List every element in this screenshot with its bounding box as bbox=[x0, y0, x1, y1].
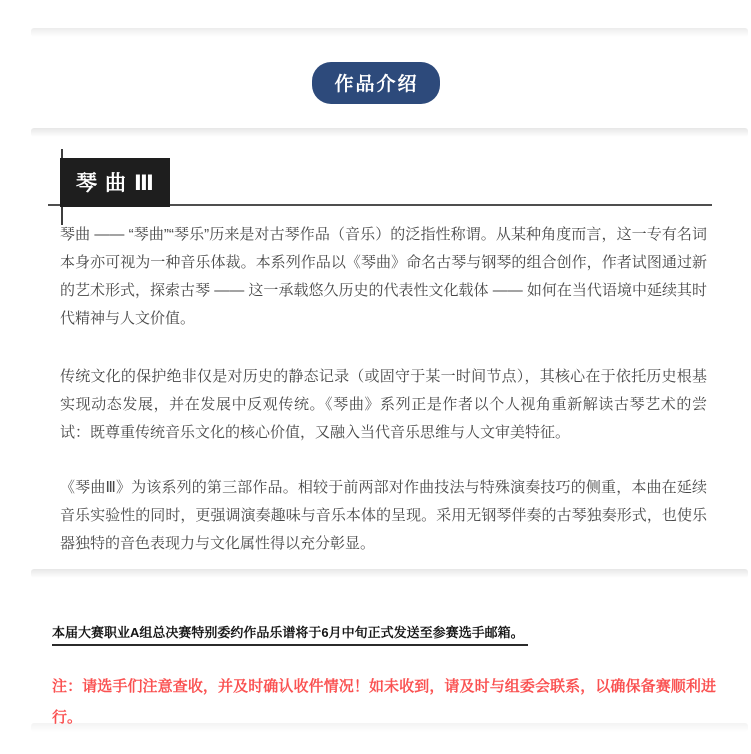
work-title: 琴曲Ⅲ bbox=[60, 158, 170, 207]
intro-paragraph-2: 传统文化的保护绝非仅是对历史的静态记录（或固守于某一时间节点），其核心在于依托历… bbox=[60, 363, 707, 447]
section-divider-content-bottom bbox=[31, 569, 748, 578]
section-divider-top bbox=[31, 28, 748, 37]
intro-paragraph-3: 《琴曲Ⅲ》为该系列的第三部作品。相较于前两部对作曲技法与特殊演奏技巧的侧重，本曲… bbox=[60, 474, 707, 558]
score-delivery-notice: 本届大赛职业A组总决赛特别委约作品乐谱将于6月中旬正式发送至参赛选手邮箱。 bbox=[52, 622, 528, 641]
section-divider-header bbox=[31, 128, 748, 137]
section-divider-bottom bbox=[31, 723, 748, 732]
intro-paragraph-1: 琴曲 —— “琴曲”“琴乐”历来是对古琴作品（音乐）的泛指性称谓。从某种角度而言… bbox=[60, 221, 707, 333]
score-delivery-notice-text: 本届大赛职业A组总决赛特别委约作品乐谱将于6月中旬正式发送至参赛选手邮箱。 bbox=[52, 625, 528, 646]
article-page: 作品介绍 琴曲Ⅲ 琴曲 —— “琴曲”“琴乐”历来是对古琴作品（音乐）的泛指性称… bbox=[0, 0, 751, 754]
section-header-badge: 作品介绍 bbox=[311, 62, 439, 104]
